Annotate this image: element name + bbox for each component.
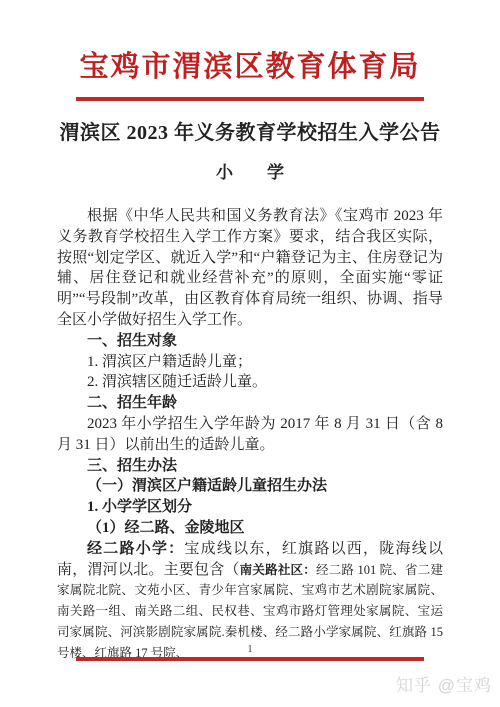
org-name-heading: 宝鸡市渭滨区教育体育局 — [0, 44, 500, 85]
section-3-sub-1: （一）渭滨区户籍适龄儿童招生办法 — [57, 476, 443, 497]
section-3-heading: 三、招生办法 — [57, 456, 443, 477]
section-3-sub-2: 1. 小学学区划分 — [57, 497, 443, 518]
document-page: 宝鸡市渭滨区教育体育局 渭滨区 2023 年义务教育学校招生入学公告 小 学 根… — [0, 0, 500, 707]
document-subtitle: 小 学 — [0, 158, 500, 183]
header-double-rule — [76, 97, 424, 101]
intro-paragraph: 根据《中华人民共和国义务教育法》《宝鸡市 2023 年义务教育学校招生入学工作方… — [57, 206, 443, 331]
footer-double-rule — [76, 657, 424, 661]
document-body: 根据《中华人民共和国义务教育法》《宝鸡市 2023 年义务教育学校招生入学工作方… — [57, 206, 443, 664]
section-3-sub-3: （1）经二路、金陵地区 — [57, 518, 443, 539]
section-1-heading: 一、招生对象 — [57, 331, 443, 352]
section-1-item-2: 2. 渭滨辖区随迁适龄儿童。 — [57, 372, 443, 393]
section-2-heading: 二、招生年龄 — [57, 393, 443, 414]
school-name: 经二路小学： — [87, 541, 184, 557]
document-title: 渭滨区 2023 年义务教育学校招生入学公告 — [0, 116, 500, 145]
watermark: 知乎 @宝鸡 — [396, 671, 492, 696]
section-1-item-1: 1. 渭滨区户籍适龄儿童； — [57, 352, 443, 373]
community-label: 南关路社区： — [240, 563, 316, 577]
page-number: 1 — [0, 644, 500, 655]
section-2-paragraph: 2023 年小学招生入学年龄为 2017 年 8 月 31 日（含 8 月 31… — [57, 414, 443, 456]
